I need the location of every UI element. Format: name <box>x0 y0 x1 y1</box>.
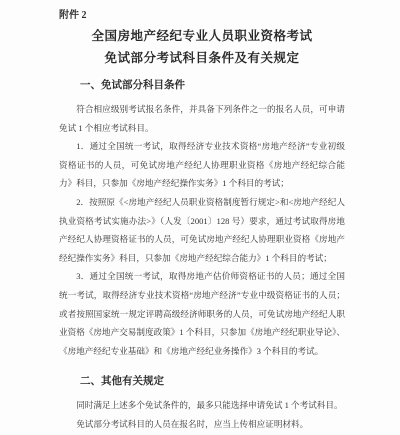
section-1-item-2: 2．按照原《<房地产经纪人员职业资格制度暂行规定>和<房地产经纪人执业资格考试实… <box>59 193 345 267</box>
section-1-item-3: 3．通过全国统一考试，取得房地产估价师资格证书的人员；通过全国统一考试，取得经济… <box>59 267 345 360</box>
section-1-body: 符合相应级别考试报名条件，并具备下列条件之一的报名人员，可申请免试 1 个相应考… <box>59 100 345 360</box>
document-title: 全国房地产经纪专业人员职业资格考试 免试部分考试科目条件及有关规定 <box>59 25 345 69</box>
attachment-label: 附件 2 <box>59 9 345 22</box>
document-page: 附件 2 全国房地产经纪专业人员职业资格考试 免试部分考试科目条件及有关规定 一… <box>0 0 400 435</box>
section-2-paragraph-2: 免试部分考试科目的人员在报名时，应当上传相应证明材料。 <box>59 415 345 434</box>
section-1-item-1: 1．通过全国统一考试，取得经济专业技术资格“房地产经济”专业初级资格证书的人员，… <box>59 137 345 193</box>
section-1-intro-paragraph: 符合相应级别考试报名条件，并具备下列条件之一的报名人员，可申请免试 1 个相应考… <box>59 100 345 137</box>
document-title-line-2: 免试部分考试科目条件及有关规定 <box>59 47 345 69</box>
section-2-heading: 二、其他有关规定 <box>59 375 345 388</box>
document-title-line-1: 全国房地产经纪专业人员职业资格考试 <box>59 25 345 47</box>
section-2-paragraph-1: 同时满足上述多个免试条件的，最多只能选择申请免试 1 个考试科目。 <box>59 396 345 415</box>
section-2-body: 同时满足上述多个免试条件的，最多只能选择申请免试 1 个考试科目。 免试部分考试… <box>59 396 345 433</box>
section-1-heading: 一、免试部分科目条件 <box>59 79 345 92</box>
